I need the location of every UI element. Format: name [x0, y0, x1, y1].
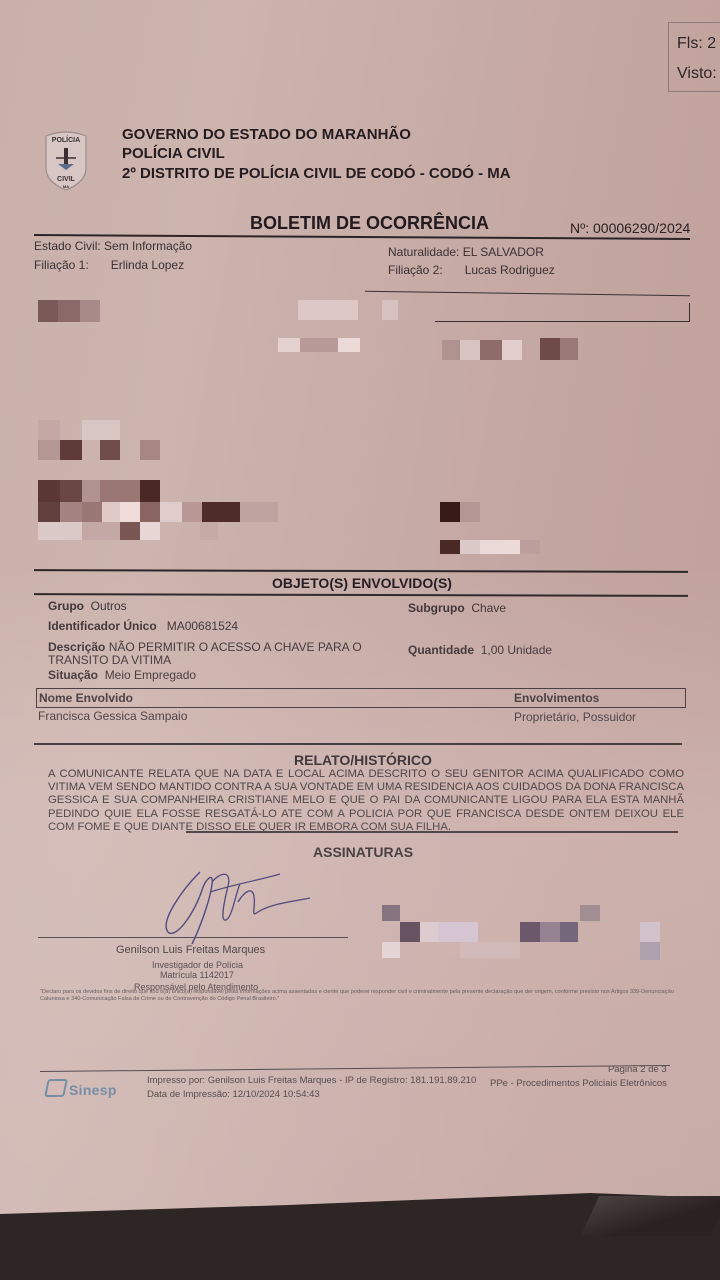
- document-number: Nº: 00006290/2024: [570, 220, 690, 236]
- filiacao2-field: Filiação 2:Lucas Rodriguez: [388, 263, 555, 277]
- identificador-field: Identificador Único MA00681524: [48, 619, 238, 633]
- folio-visto: Visto:: [677, 65, 717, 83]
- situacao-field: Situação Meio Empregado: [48, 668, 196, 682]
- signer-name: Genilson Luis Freitas Marques: [116, 944, 265, 956]
- header-district: 2º DISTRITO DE POLÍCIA CIVIL DE CODÓ - C…: [122, 165, 511, 182]
- signer-registration: Matrícula 1142017: [160, 970, 234, 980]
- signature-icon: [140, 862, 340, 948]
- print-date: Data de Impressão: 12/10/2024 10:54:43: [147, 1089, 320, 1100]
- svg-text:POLÍCIA: POLÍCIA: [52, 135, 80, 144]
- sinesp-logo: Sinesp: [46, 1079, 117, 1098]
- policia-civil-badge-icon: POLÍCIA CIVIL MA: [40, 128, 92, 192]
- objects-rule-bottom: [34, 593, 688, 597]
- signer-role: Investigador de Polícia: [152, 960, 243, 970]
- signature-line: [38, 937, 348, 938]
- estado-civil-field: Estado Civil: Sem Informação: [34, 239, 192, 253]
- relato-text: A COMUNICANTE RELATA QUE NA DATA E LOCAL…: [48, 768, 684, 834]
- system-name: PPe - Procedimentos Policiais Eletrônico…: [490, 1078, 667, 1089]
- document-paper: Fls: 2 Visto: POLÍCIA CIVIL MA GOVERNO D…: [0, 0, 720, 1216]
- table-row-involvement: Proprietário, Possuidor: [514, 710, 636, 724]
- grupo-field: Grupo Outros: [48, 599, 127, 613]
- svg-text:CIVIL: CIVIL: [57, 176, 76, 183]
- table-row: Francisca Gessica Sampaio: [38, 709, 187, 723]
- naturalidade-field: Naturalidade: EL SALVADOR: [388, 245, 544, 259]
- header-police: POLÍCIA CIVIL: [122, 145, 225, 162]
- objects-rule-top: [34, 569, 688, 573]
- sinesp-icon: [44, 1079, 68, 1097]
- subgrupo-field: Subgrupo Chave: [408, 601, 506, 615]
- background-surface: [581, 1196, 720, 1236]
- header-government: GOVERNO DO ESTADO DO MARANHÃO: [122, 126, 411, 143]
- document-title: BOLETIM DE OCORRÊNCIA: [250, 213, 489, 234]
- folio-fls: Fls: 2: [677, 35, 716, 53]
- quantidade-field: Quantidade 1,00 Unidade: [408, 643, 552, 657]
- svg-text:MA: MA: [63, 184, 69, 189]
- declaration-text: "Declaro para os devidos fins de direito…: [40, 989, 680, 1003]
- printed-by: Impresso por: Genilson Luis Freitas Marq…: [147, 1075, 476, 1086]
- footer-rule: [40, 1065, 670, 1072]
- objects-section-title: OBJETO(S) ENVOLVIDO(S): [272, 575, 452, 591]
- relato-rule: [34, 743, 682, 745]
- involved-table-header: Nome Envolvido Envolvimentos: [36, 688, 686, 708]
- page-number: Página 2 de 3: [608, 1064, 667, 1075]
- filiacao1-field: Filiação 1:Erlinda Lopez: [34, 258, 184, 272]
- relato-end-rule: [186, 831, 678, 833]
- descricao-field: Descrição NÃO PERMITIR O ACESSO A CHAVE …: [48, 641, 362, 667]
- signatures-section-title: ASSINATURAS: [313, 844, 413, 860]
- relato-section-title: RELATO/HISTÓRICO: [294, 752, 432, 768]
- folio-box: Fls: 2 Visto:: [668, 22, 720, 92]
